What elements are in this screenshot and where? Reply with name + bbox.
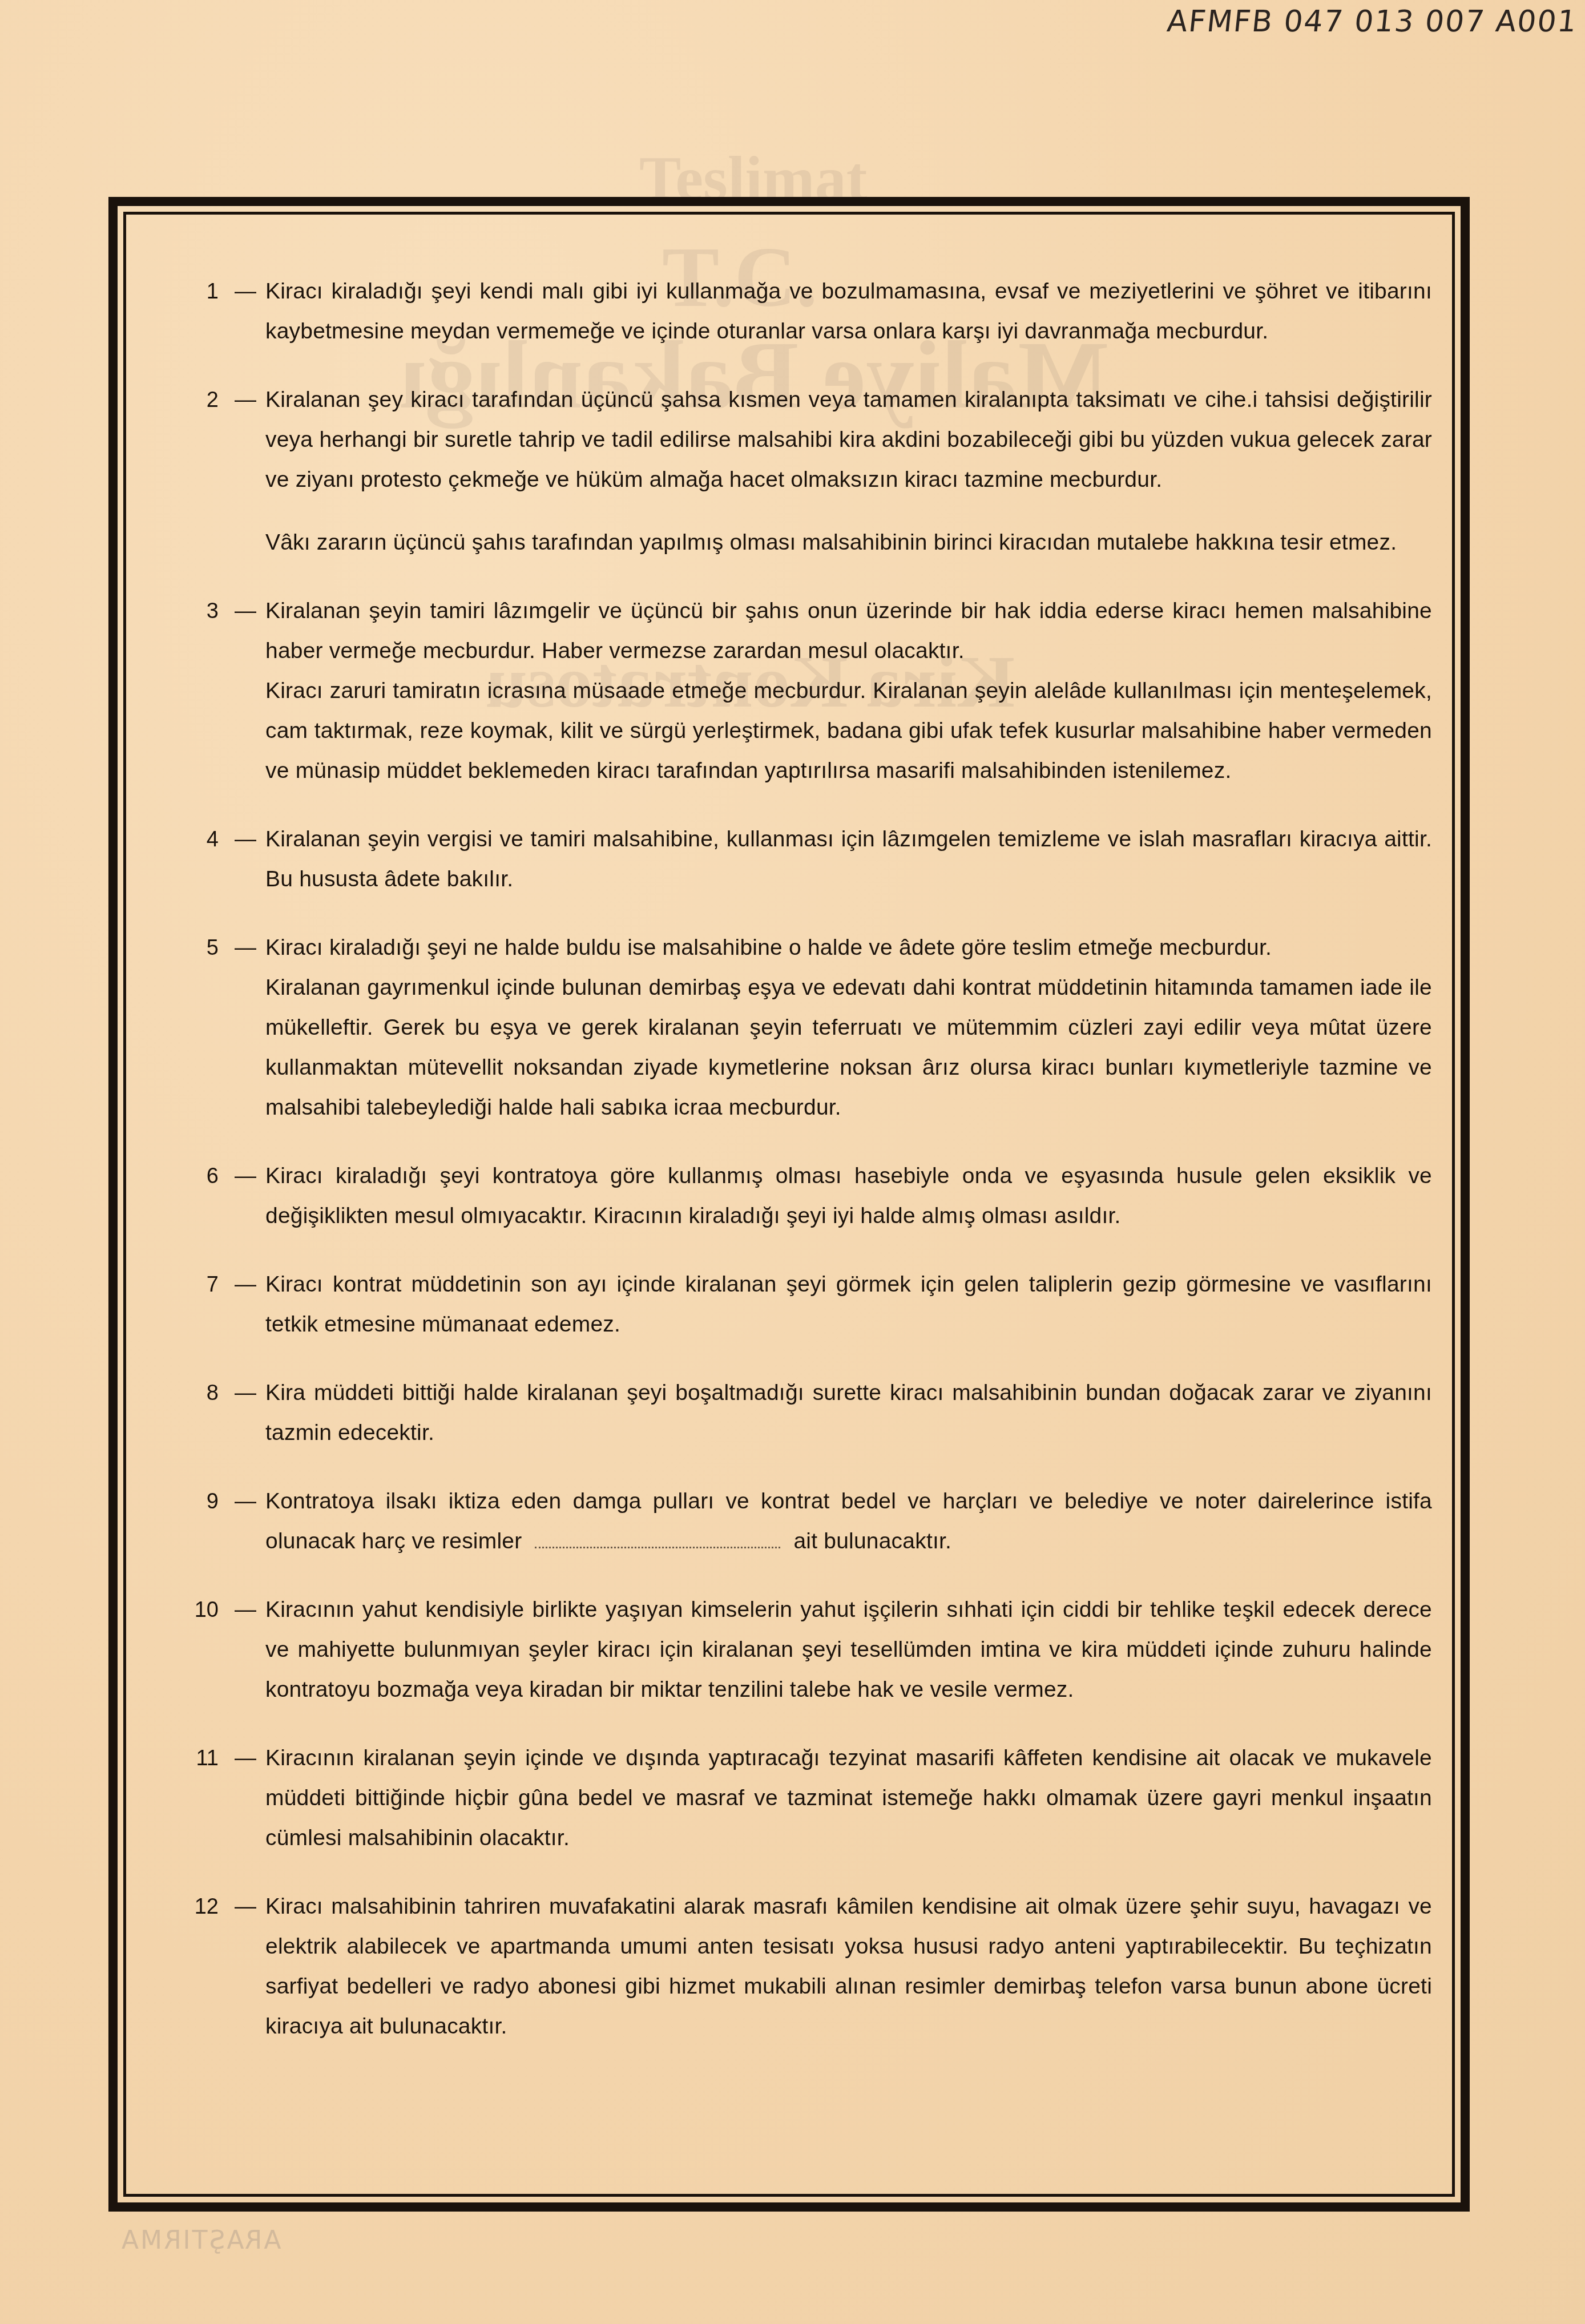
clause-text: Kiracı kiraladığı şeyi kontratoya göre k… — [265, 1156, 1432, 1236]
faded-stamp: ARAŞTIRMA — [120, 2226, 281, 2255]
clause-number: 8 — [153, 1373, 225, 1413]
clause-text: Kiracı zaruri tamiratın icrasına müsaade… — [265, 671, 1432, 791]
clause-number: 11 — [153, 1738, 225, 1778]
clause-number: 5 — [153, 928, 225, 968]
clause-dash: — — [225, 1887, 265, 1927]
clause-dash: — — [225, 1738, 265, 1778]
clause-number: 2 — [153, 380, 225, 420]
document-border-frame: 1 — Kiracı kiraladığı şeyi kendi malı gi… — [108, 197, 1470, 2212]
clause-text: Kiralanan şeyin vergisi ve tamiri malsah… — [265, 820, 1432, 899]
clause-text: Kiracı kontrat müddetinin son ayı içinde… — [265, 1265, 1432, 1345]
clause-text: Kiracı kiraladığı şeyi kendi malı gibi i… — [265, 272, 1432, 352]
clause-text: Kiralanan şeyin tamiri lâzımgelir ve üçü… — [265, 591, 1432, 671]
clause-text: Kiracının yahut kendisiyle birlikte yaşı… — [265, 1590, 1432, 1710]
clause-dash: — — [225, 272, 265, 312]
clause-dash: — — [225, 1590, 265, 1630]
fill-in-blank-field[interactable] — [535, 1547, 780, 1548]
clause-dash: — — [225, 820, 265, 860]
clause-number: 1 — [153, 272, 225, 312]
clause-number: 12 — [153, 1887, 225, 1927]
clause-text: Kiracı malsahibinin tahriren muvafakatin… — [265, 1887, 1432, 2047]
clause-text: Vâkı zararın üçüncü şahıs tarafından yap… — [265, 523, 1432, 563]
clause-1: 1 — Kiracı kiraladığı şeyi kendi malı gi… — [153, 272, 1432, 352]
clause-10: 10 — Kiracının yahut kendisiyle birlikte… — [153, 1590, 1432, 1710]
clause-number: 10 — [153, 1590, 225, 1630]
clause-12: 12 — Kiracı malsahibinin tahriren muvafa… — [153, 1887, 1432, 2047]
clause-number: 7 — [153, 1265, 225, 1305]
clause-number: 9 — [153, 1482, 225, 1522]
clause-6: 6 — Kiracı kiraladığı şeyi kontratoya gö… — [153, 1156, 1432, 1236]
clause-dash: — — [225, 380, 265, 420]
clause-dash: — — [225, 591, 265, 631]
clause-dash: — — [225, 1265, 265, 1305]
clause-list: 1 — Kiracı kiraladığı şeyi kendi malı gi… — [153, 272, 1432, 2075]
clause-11: 11 — Kiracının kiralanan şeyin içinde ve… — [153, 1738, 1432, 1858]
clause-number: 6 — [153, 1156, 225, 1196]
clause-dash: — — [225, 1156, 265, 1196]
clause-3: 3 — Kiralanan şeyin tamiri lâzımgelir ve… — [153, 591, 1432, 791]
clause-text: Kiralanan şey kiracı tarafından üçüncü ş… — [265, 380, 1432, 500]
clause-number: 4 — [153, 820, 225, 860]
clause-9: 9 — Kontratoya ilsakı iktiza eden damga … — [153, 1482, 1432, 1562]
clause-text: Kira müddeti bittiği halde kiralanan şey… — [265, 1373, 1432, 1453]
clause-text: Kiralanan gayrımenkul içinde bulunan dem… — [265, 968, 1432, 1128]
clause-dash: — — [225, 1482, 265, 1522]
clause-text: Kiracının kiralanan şeyin içinde ve dışı… — [265, 1738, 1432, 1858]
clause-dash: — — [225, 1373, 265, 1413]
clause-4: 4 — Kiralanan şeyin vergisi ve tamiri ma… — [153, 820, 1432, 899]
clause-2: 2 — Kiralanan şey kiracı tarafından üçün… — [153, 380, 1432, 563]
clause-text: Kiracı kiraladığı şeyi ne halde buldu is… — [265, 928, 1432, 968]
archive-reference-code: AFMFB 047 013 007 A001 — [1165, 5, 1579, 39]
clause-dash: — — [225, 928, 265, 968]
clause-7: 7 — Kiracı kontrat müddetinin son ayı iç… — [153, 1265, 1432, 1345]
clause-text-suffix: ait bulunacaktır. — [793, 1529, 951, 1554]
clause-text: Kontratoya ilsakı iktiza eden damga pull… — [265, 1482, 1432, 1562]
clause-number: 3 — [153, 591, 225, 631]
clause-5: 5 — Kiracı kiraladığı şeyi ne halde buld… — [153, 928, 1432, 1128]
clause-8: 8 — Kira müddeti bittiği halde kiralanan… — [153, 1373, 1432, 1453]
